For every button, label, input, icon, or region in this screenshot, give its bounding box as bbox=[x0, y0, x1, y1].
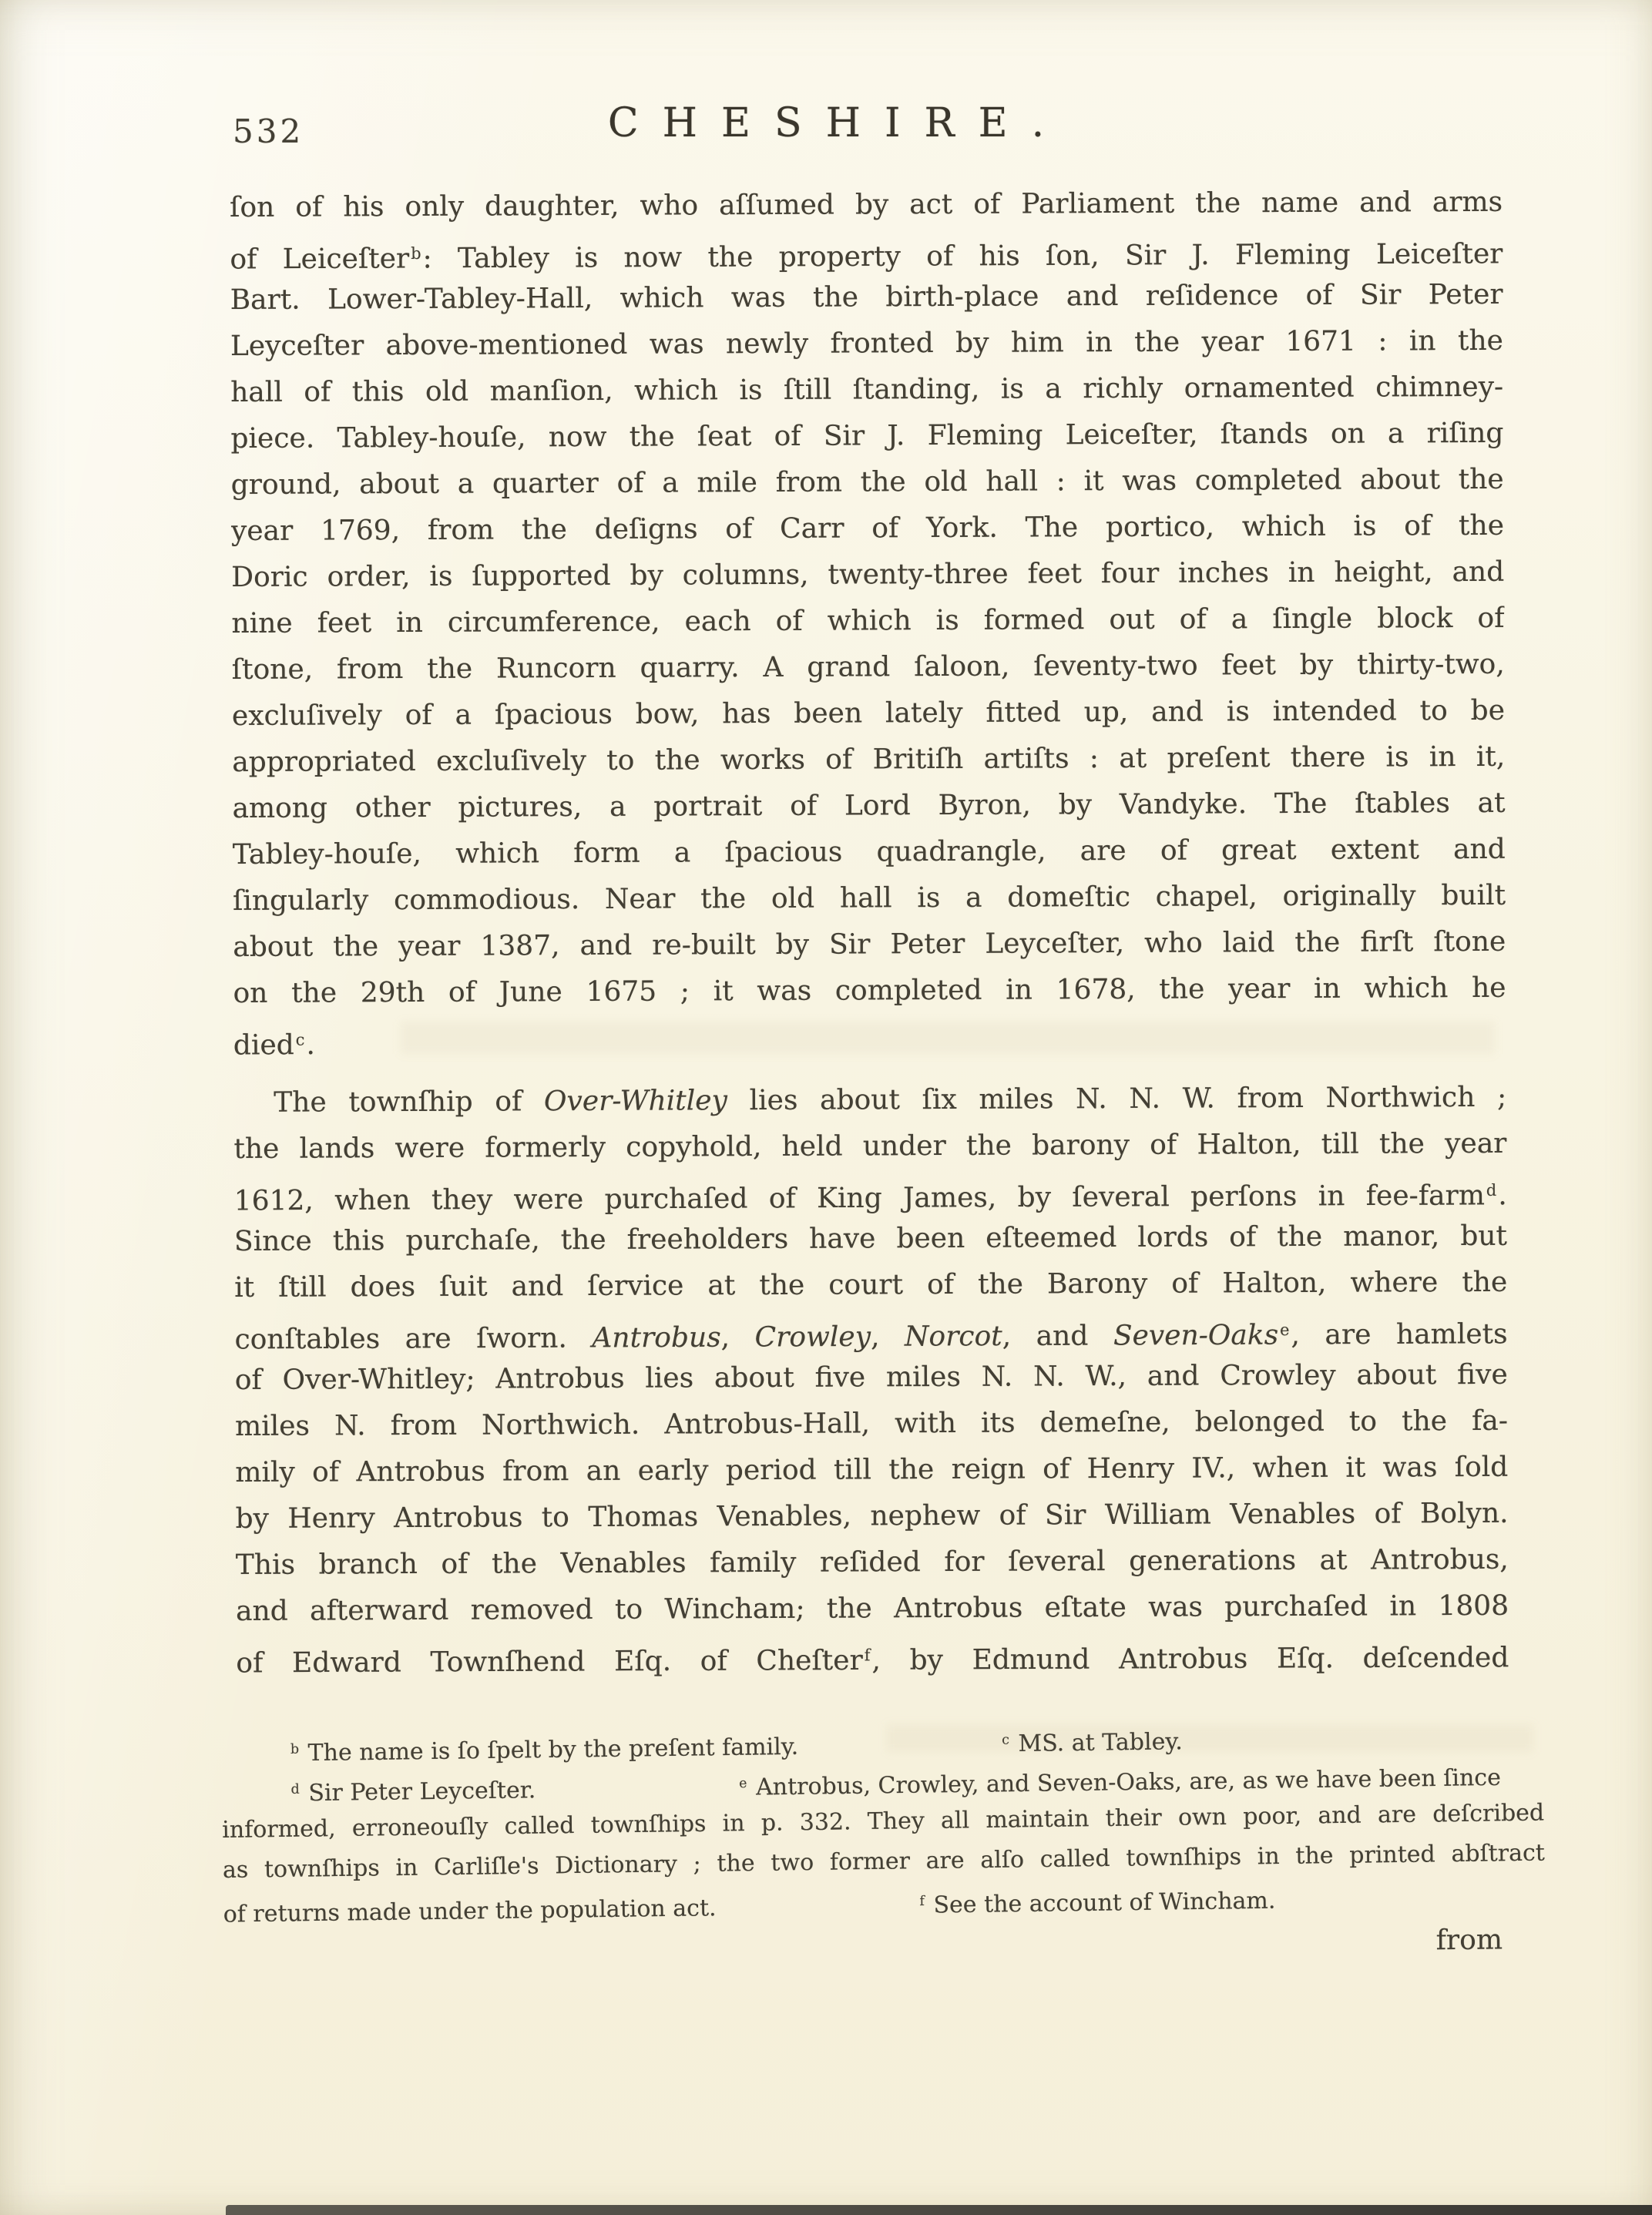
text-segment: on the 29th of June 1675 ; it was comple… bbox=[233, 972, 1506, 1009]
paragraph-over-whitley: The townſhip of Over-Whitley lies about … bbox=[233, 1075, 1509, 1681]
text-line: hall of this old manſion, which is ſtill… bbox=[230, 364, 1503, 416]
text-line: Tabley-houſe, which form a ſpacious quad… bbox=[233, 827, 1506, 878]
text-segment: , bbox=[871, 1321, 905, 1353]
text-line: among other pictures, a portrait of Lord… bbox=[232, 780, 1505, 832]
text-segment: , and bbox=[1002, 1320, 1113, 1352]
text-segment: The townſhip of bbox=[274, 1086, 544, 1119]
text-segment: and afterward removed to Wincham; the An… bbox=[236, 1590, 1509, 1627]
text-line: piece. Tabley-houſe, now the ſeat of Sir… bbox=[230, 411, 1503, 462]
text-segment: it ſtill does ſuit and ſervice at the co… bbox=[234, 1267, 1507, 1304]
footnote-marker: f bbox=[918, 1894, 926, 1909]
italic-segment: Over-Whitley bbox=[544, 1085, 727, 1117]
footnote-column-gap bbox=[798, 1750, 1000, 1754]
text-line: appropriated excluſively to the works of… bbox=[232, 734, 1505, 786]
text-line: Since this purchaſe, the freeholders hav… bbox=[234, 1213, 1507, 1265]
text-line: ſtone, from the Runcorn quarry. A grand … bbox=[232, 642, 1505, 693]
text-line: The townſhip of Over-Whitley lies about … bbox=[233, 1075, 1506, 1126]
text-segment: Sir Peter Leyceſter. bbox=[301, 1777, 536, 1807]
footnote-marker: f bbox=[863, 1646, 872, 1664]
text-line: of Leiceſterb: Tabley is now the propert… bbox=[230, 226, 1503, 277]
text-line: by Henry Antrobus to Thomas Venables, ne… bbox=[235, 1491, 1508, 1542]
text-segment: among other pictures, a portrait of Lord… bbox=[232, 787, 1505, 824]
text-segment: ſtone, from the Runcorn quarry. A grand … bbox=[232, 649, 1505, 686]
text-segment: lies about ſix miles N. N. W. from North… bbox=[727, 1082, 1506, 1116]
text-segment: MS. at Tabley. bbox=[1011, 1728, 1183, 1757]
text-segment: of Leiceſter bbox=[230, 243, 409, 275]
text-line: on the 29th of June 1675 ; it was comple… bbox=[233, 965, 1506, 1017]
text-line: year 1769, from the deſigns of Carr of Y… bbox=[231, 503, 1504, 555]
text-segment: of returns made under the population act… bbox=[223, 1894, 716, 1928]
text-line: the lands were formerly copyhold, held u… bbox=[233, 1121, 1506, 1173]
footnote-marker: e bbox=[737, 1776, 749, 1791]
text-line: of Over-Whitley; Antrobus lies about fiv… bbox=[235, 1352, 1508, 1404]
text-segment: by Henry Antrobus to Thomas Venables, ne… bbox=[235, 1498, 1508, 1535]
footnote-marker: e bbox=[1278, 1321, 1291, 1339]
text-line: and afterward removed to Wincham; the An… bbox=[236, 1583, 1509, 1635]
text-segment: . bbox=[306, 1029, 315, 1061]
text-line: of Edward Townſhend Eſq. of Cheſterf, by… bbox=[236, 1629, 1509, 1681]
italic-segment: Crowley bbox=[755, 1321, 871, 1354]
text-line: about the year 1387, and re-built by Sir… bbox=[233, 919, 1506, 971]
footnote-marker: d bbox=[289, 1782, 301, 1797]
paper-sheet: 532 CHESHIRE. ſon of his only daughter, … bbox=[0, 0, 1652, 2215]
text-line: ſon of his only daughter, who aſſumed by… bbox=[230, 180, 1503, 231]
footnote-marker: c bbox=[1000, 1733, 1011, 1748]
text-line: miles N. from Northwich. Antrobus-Hall, … bbox=[235, 1398, 1508, 1450]
text-line: diedc. bbox=[233, 1012, 1506, 1063]
text-segment: 1612, when they were purchaſed of King J… bbox=[234, 1180, 1485, 1217]
catchword: from bbox=[231, 1924, 1503, 1968]
text-segment: , bbox=[721, 1322, 755, 1354]
text-segment: Leyceſter above-mentioned was newly fron… bbox=[230, 325, 1503, 362]
text-segment: nine feet in circumference, each of whic… bbox=[231, 602, 1504, 639]
running-title: CHESHIRE. bbox=[0, 100, 1652, 146]
italic-segment: Seven-Oaks bbox=[1113, 1320, 1278, 1352]
text-segment: died bbox=[233, 1029, 294, 1061]
text-segment: , are hamlets bbox=[1291, 1318, 1507, 1351]
text-line: it ſtill does ſuit and ſervice at the co… bbox=[234, 1260, 1507, 1311]
text-line: ſingularly commodious. Near the old hall… bbox=[233, 873, 1506, 925]
text-segment: The name is ſo ſpelt by the preſent fami… bbox=[301, 1733, 799, 1767]
text-line: conſtables are ſworn. Antrobus, Crowley,… bbox=[234, 1306, 1507, 1358]
text-segment: year 1769, from the deſigns of Carr of Y… bbox=[231, 510, 1504, 547]
text-line: ground, about a quarter of a mile from t… bbox=[231, 457, 1504, 508]
italic-segment: Antrobus bbox=[592, 1322, 720, 1354]
footnote-marker: d bbox=[1485, 1181, 1498, 1200]
text-segment: piece. Tabley-houſe, now the ſeat of Sir… bbox=[230, 418, 1503, 455]
scan-bottom-edge bbox=[226, 2205, 1652, 2215]
footnote-marker: b bbox=[289, 1742, 301, 1757]
footnote-marker: c bbox=[294, 1031, 307, 1049]
text-segment: of Over-Whitley; Antrobus lies about fiv… bbox=[235, 1359, 1508, 1396]
text-line: 1612, when they were purchaſed of King J… bbox=[234, 1167, 1507, 1219]
text-segment: : Tabley is now the property of his ſon,… bbox=[423, 238, 1503, 274]
text-line: excluſively of a ſpacious bow, has been … bbox=[232, 688, 1505, 740]
text-line: nine feet in circumference, each of whic… bbox=[231, 596, 1504, 647]
text-segment: about the year 1387, and re-built by Sir… bbox=[233, 926, 1506, 963]
text-segment: ſon of his only daughter, who aſſumed by… bbox=[230, 186, 1503, 223]
footnote-column-gap bbox=[717, 1912, 918, 1915]
text-segment: . bbox=[1498, 1180, 1507, 1211]
text-line: Bart. Lower-Tabley-Hall, which was the b… bbox=[230, 272, 1503, 324]
text-segment: ſingularly commodious. Near the old hall… bbox=[233, 880, 1506, 917]
text-segment: the lands were formerly copyhold, held u… bbox=[233, 1128, 1506, 1165]
paragraph-tabley: ſon of his only daughter, who aſſumed by… bbox=[230, 180, 1506, 1063]
text-segment: of Edward Townſhend Eſq. of Cheſter bbox=[236, 1645, 863, 1680]
text-line: Doric order, is ſupported by columns, tw… bbox=[231, 549, 1504, 601]
footnotes-block: b The name is ſo ſpelt by the preſent fa… bbox=[221, 1713, 1546, 1931]
text-segment: , by Edmund Antrobus Eſq. deſcended bbox=[871, 1642, 1509, 1676]
text-line: This branch of the Venables family reſid… bbox=[236, 1537, 1509, 1589]
text-segment: See the account of Wincham. bbox=[926, 1888, 1276, 1919]
footnote-column-gap bbox=[536, 1794, 737, 1797]
text-segment: Doric order, is ſupported by columns, tw… bbox=[231, 556, 1504, 593]
text-segment: miles N. from Northwich. Antrobus-Hall, … bbox=[235, 1405, 1508, 1442]
scanned-book-page: { "page": { "number": "532", "running_ti… bbox=[0, 0, 1652, 2215]
text-segment: Tabley-houſe, which form a ſpacious quad… bbox=[233, 834, 1506, 871]
text-segment: conſtables are ſworn. bbox=[234, 1322, 592, 1355]
text-line: Leyceſter above-mentioned was newly fron… bbox=[230, 318, 1503, 370]
text-segment: ground, about a quarter of a mile from t… bbox=[231, 464, 1504, 501]
text-segment: This branch of the Venables family reſid… bbox=[236, 1544, 1509, 1581]
text-segment: appropriated excluſively to the works of… bbox=[232, 741, 1505, 778]
body-text: ſon of his only daughter, who aſſumed by… bbox=[230, 180, 1509, 1681]
text-segment: hall of this old manſion, which is ſtill… bbox=[230, 371, 1503, 408]
text-segment: Since this purchaſe, the freeholders hav… bbox=[234, 1220, 1507, 1257]
text-segment: Bart. Lower-Tabley-Hall, which was the b… bbox=[230, 279, 1503, 316]
text-line: mily of Antrobus from an early period ti… bbox=[235, 1445, 1508, 1496]
text-segment: mily of Antrobus from an early period ti… bbox=[235, 1451, 1508, 1488]
text-segment: excluſively of a ſpacious bow, has been … bbox=[232, 695, 1505, 732]
footnote-marker: b bbox=[409, 244, 422, 263]
italic-segment: Norcot bbox=[905, 1321, 1002, 1353]
